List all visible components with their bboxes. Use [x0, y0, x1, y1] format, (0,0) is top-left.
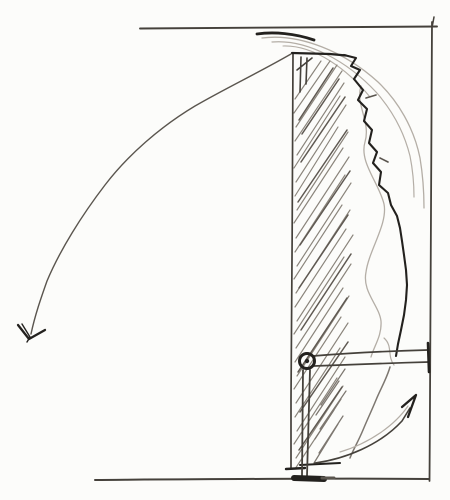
post-base-plate — [294, 478, 324, 479]
arm-end-tick — [428, 343, 429, 372]
wall-base-stroke — [300, 463, 340, 465]
torn-edge-lower-wavy — [350, 367, 390, 458]
frame-top-line — [140, 27, 437, 29]
frame-bottom-line — [95, 479, 429, 480]
wall-corner-marks — [297, 57, 312, 92]
rotation-arrowhead — [402, 395, 416, 417]
guide-arc-dark-tangent — [257, 33, 314, 40]
room-frame — [95, 17, 437, 481]
torn-edge-group — [344, 55, 407, 458]
torn-edge-jagged-line — [344, 55, 407, 356]
swing-arrow — [18, 54, 291, 342]
sketch-page — [0, 0, 450, 500]
arm-bottom-line — [314, 362, 429, 366]
wall-section — [286, 53, 353, 469]
torn-edge-echo-line — [360, 86, 385, 357]
sketch-canvas — [0, 0, 450, 500]
frame-right-line — [430, 22, 433, 481]
pivot-center-dot — [305, 359, 309, 363]
swing-arrow-arc — [31, 54, 291, 334]
post-left-line — [302, 370, 303, 476]
rotation-arrow-arc-echo — [340, 406, 408, 452]
wall-hatching-lower-patch — [314, 369, 346, 463]
wall-left-edge — [291, 53, 293, 468]
